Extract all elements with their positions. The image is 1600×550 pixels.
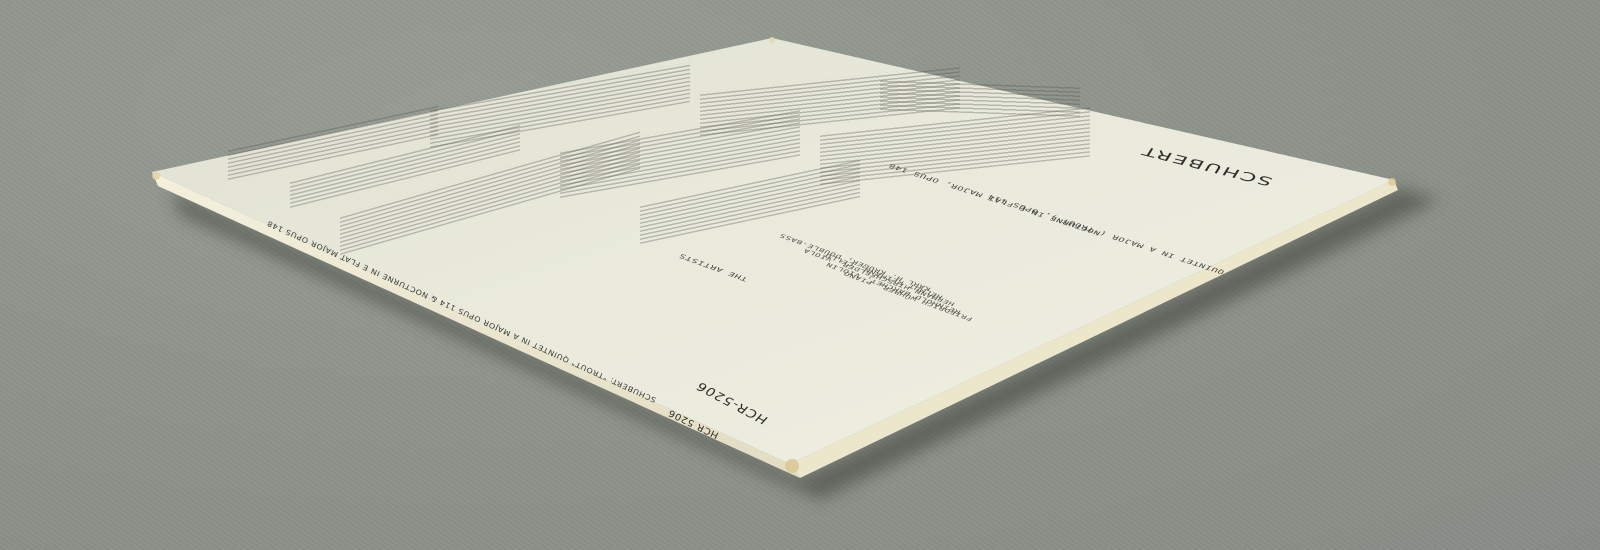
corner-wear-back (769, 37, 775, 43)
corner-wear-right (1388, 178, 1396, 186)
corner-wear-left (152, 172, 160, 180)
sleeve-face (152, 38, 1394, 464)
record-sleeve (0, 0, 1600, 550)
corner-wear-front (785, 459, 799, 473)
